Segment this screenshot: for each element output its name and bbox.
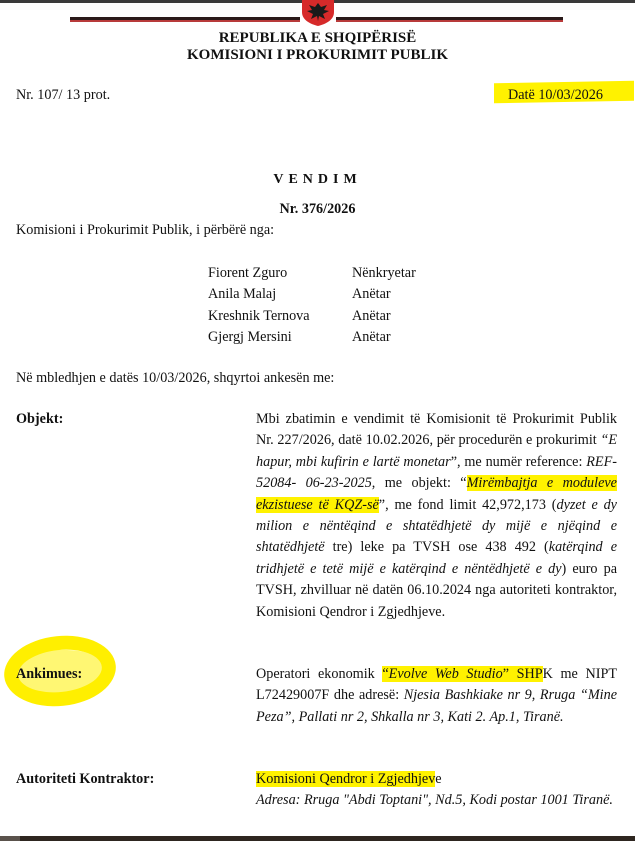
objekt-paragraph: Mbi zbatimin e vendimit të Komisionit të…	[256, 409, 617, 623]
objekt-text: , me objekt: “	[372, 475, 467, 491]
authority-paragraph: Komisioni Qendror i Zgjedhjeve Adresa: R…	[256, 769, 617, 812]
objekt-text: tre) leke pa TVSH ose 438 492 (	[325, 539, 549, 555]
operator-name: Evolve Web Studio	[389, 666, 503, 682]
member-row: Fiorent Zguro Nënkryetar	[208, 263, 416, 284]
protocol-number: Nr. 107/ 13 prot.	[16, 87, 110, 104]
albanian-eagle-emblem-icon	[298, 0, 338, 26]
member-row: Kreshnik Ternova Anëtar	[208, 306, 416, 327]
objekt-text: Mbi zbatimin e vendimit të Komisionit të…	[256, 411, 617, 448]
objekt-text: ”, me numër reference:	[451, 454, 587, 470]
member-row: Gjergj Mersini Anëtar	[208, 327, 416, 348]
ankimues-paragraph: Operatori ekonomik “Evolve Web Studio” S…	[256, 664, 617, 728]
ankimues-label: Ankimues:	[16, 666, 82, 683]
objekt-label: Objekt:	[16, 411, 63, 428]
ankimues-text: Operatori ekonomik	[256, 666, 382, 682]
viewer-bottom-bar	[0, 836, 635, 841]
member-name: Fiorent Zguro	[208, 263, 352, 284]
header-rule-right	[336, 17, 563, 22]
members-list: Fiorent Zguro Nënkryetar Anila Malaj Anë…	[208, 263, 416, 348]
member-role: Anëtar	[352, 327, 391, 348]
member-name: Gjergj Mersini	[208, 327, 352, 348]
meeting-statement: Në mbledhjen e datës 10/03/2026, shqyrto…	[16, 370, 334, 387]
quote-mark: “	[382, 666, 388, 682]
member-row: Anila Malaj Anëtar	[208, 284, 416, 305]
member-role: Anëtar	[352, 284, 391, 305]
objekt-text: ”, me fond limit 42,972,173 (	[379, 497, 557, 513]
decision-title: VENDIM	[0, 172, 635, 188]
authority-label: Autoriteti Kontraktor:	[16, 771, 154, 788]
header-rule-left	[70, 17, 300, 22]
authority-address: Adresa: Rruga "Abdi Toptani", Nd.5, Kodi…	[256, 790, 617, 811]
member-role: Nënkryetar	[352, 263, 416, 284]
member-name: Kreshnik Ternova	[208, 306, 352, 327]
member-role: Anëtar	[352, 306, 391, 327]
country-heading: REPUBLIKA E SHQIPËRISË	[0, 30, 635, 47]
member-name: Anila Malaj	[208, 284, 352, 305]
authority-name-end: e	[435, 771, 441, 787]
authority-name: Komisioni Qendror i Zgjedhjev	[256, 771, 435, 787]
institution-heading: KOMISIONI I PROKURIMIT PUBLIK	[0, 47, 635, 64]
document-date: Datë 10/03/2026	[508, 87, 603, 104]
operator-type: ” SHP	[503, 666, 543, 682]
decision-number: Nr. 376/2026	[0, 201, 635, 218]
commission-intro: Komisioni i Prokurimit Publik, i përbërë…	[16, 222, 274, 239]
